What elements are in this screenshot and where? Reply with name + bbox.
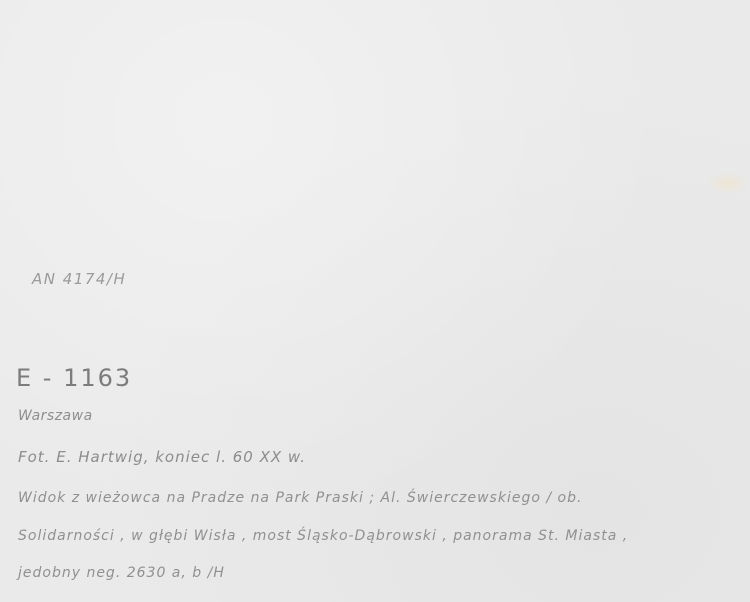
caption-line: Solidarności , w głębi Wisła , most Śląs… [18,528,628,544]
city-label: Warszawa [18,408,93,424]
caption-line: jedobny neg. 2630 a, b /H [18,565,225,581]
photo-back-paper [0,0,750,602]
photographer-credit: Fot. E. Hartwig, koniec l. 60 XX w. [18,448,306,466]
paper-stain [706,172,750,194]
inventory-number: AN 4174/H [32,270,126,288]
catalog-number: E - 1163 [16,364,132,392]
caption-line: Widok z wieżowca na Pradze na Park Prask… [18,490,582,506]
